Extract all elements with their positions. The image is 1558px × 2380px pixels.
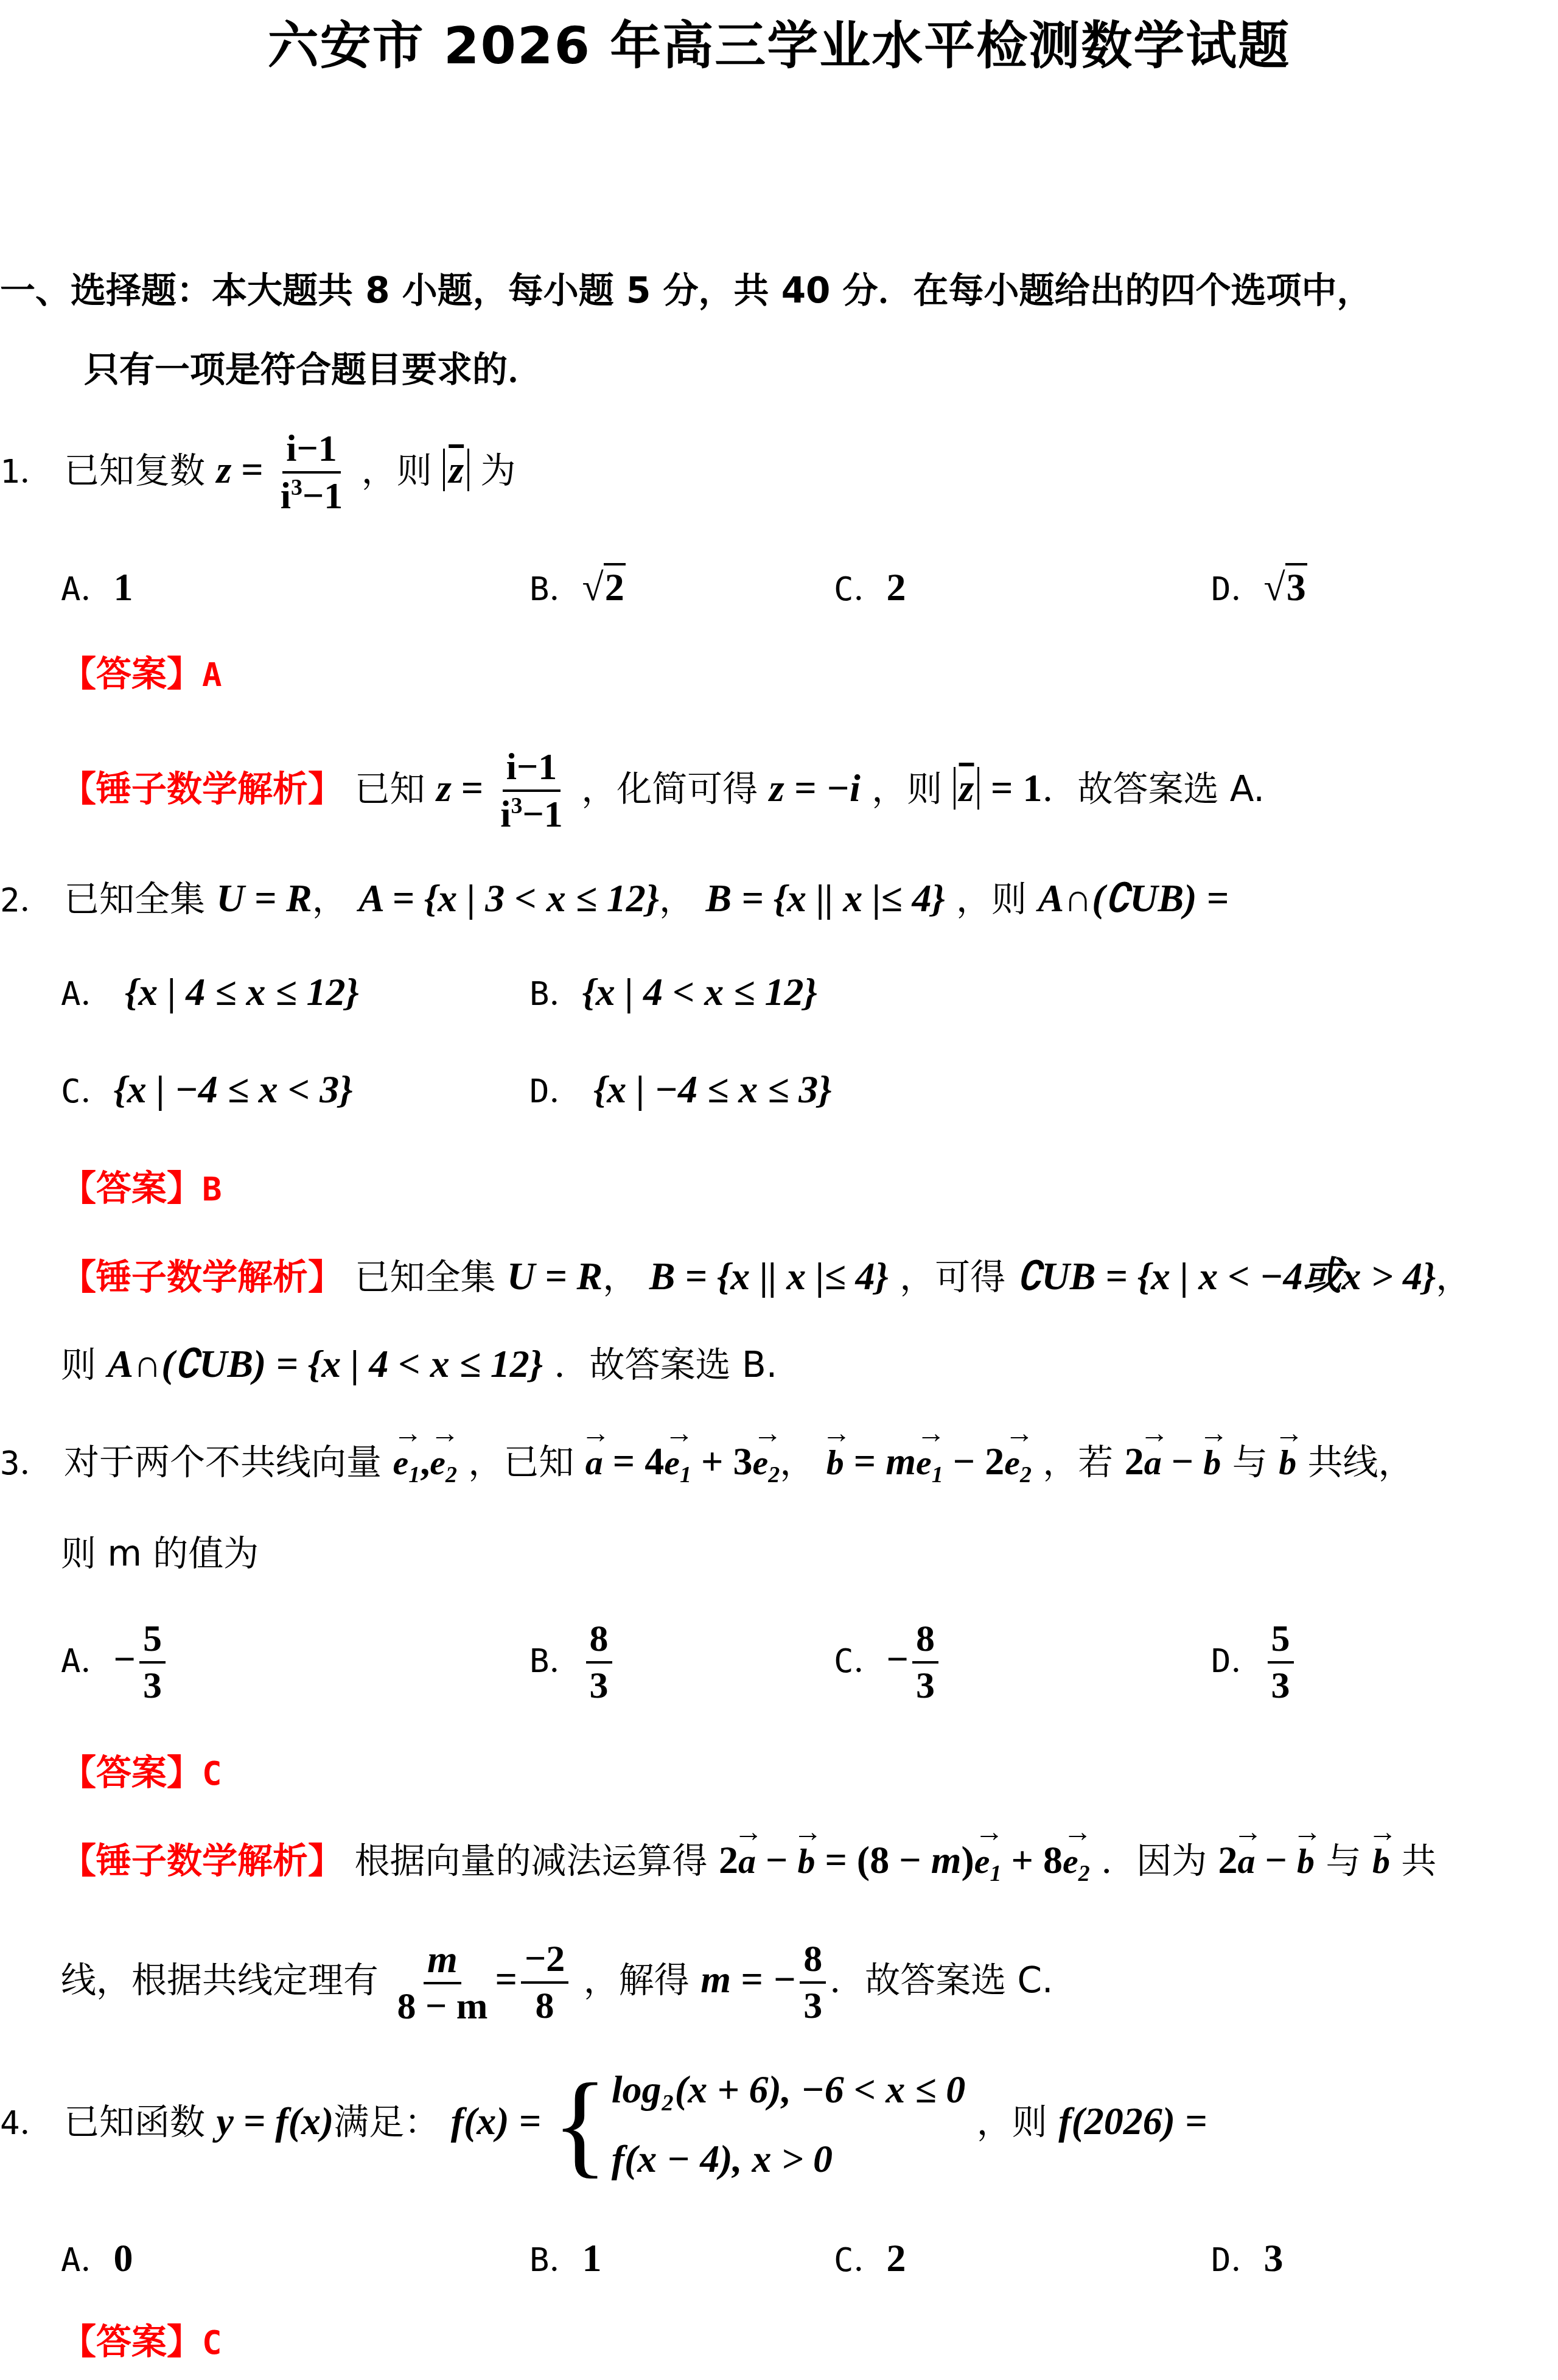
option-q2-d[interactable]: D． {x | −4 ≤ x ≤ 3}	[529, 1065, 832, 1112]
analysis-q2-line2: 则 A∩(∁UB) = {x | 4 < x ≤ 12} ．故答案选 B.	[61, 1336, 777, 1387]
analysis-q3-line2: 线，根据共线定理有 m8 − m=−28 ，解得 m = −83．故答案选 C.	[61, 1939, 1053, 2026]
option-q1-c[interactable]: C．2	[834, 563, 906, 610]
question-1: 1． 已知复数 z = i−1 i3−1 ，则 z 为	[0, 429, 516, 516]
question-number: 3．	[0, 1444, 53, 1482]
option-q2-a[interactable]: A． {x | 4 ≤ x ≤ 12}	[61, 968, 359, 1015]
vector-b: b	[826, 1442, 844, 1483]
question-3-line1: 3． 对于两个不共线向量 e1,e2 ，已知 a = 4e1 + 3e2， b …	[0, 1433, 1414, 1488]
analysis-q2-line1: 【锤子数学解析】 已知全集 U = R， B = {x || x |≤ 4} ，…	[61, 1245, 1471, 1301]
vector-a: a	[585, 1442, 603, 1483]
option-q3-a[interactable]: A．−53	[61, 1619, 169, 1706]
option-q1-a[interactable]: A．1	[61, 563, 133, 610]
analysis-q1: 【锤子数学解析】 已知 z = i−1 i3−1 ，化简可得 z = −i ，则…	[61, 747, 1265, 835]
piecewise-function: { log₂(x + 6), −6 < x ≤ 0 f(x − 4), x > …	[553, 2067, 966, 2182]
section-heading-line2: 只有一项是符合题目要求的．	[84, 341, 543, 392]
question-number: 2．	[0, 881, 53, 919]
math-abs-conjugate: z	[443, 449, 469, 491]
left-brace-icon: {	[553, 2067, 608, 2182]
vector-e1: e1	[393, 1442, 420, 1488]
analysis-label: 【锤子数学解析】	[61, 1840, 343, 1881]
question-stem-text: ，则	[362, 450, 432, 491]
analysis-label: 【锤子数学解析】	[61, 1256, 343, 1298]
vector-e2: e2	[430, 1442, 457, 1488]
math-fraction: i−1 i3−1	[497, 747, 567, 835]
option-q2-c[interactable]: C．{x | −4 ≤ x < 3}	[61, 1065, 353, 1112]
answer-q2: 【答案】B	[61, 1160, 222, 1211]
question-number: 4．	[0, 2104, 53, 2142]
math-intersection-complement: A∩(∁UB) =	[1038, 877, 1229, 920]
option-q3-d[interactable]: D．53	[1211, 1619, 1298, 1706]
question-4: 4． 已知函数 y = f(x)满足： f(x) = { log₂(x + 6)…	[0, 2067, 1207, 2182]
answer-q4: 【答案】C	[61, 2313, 222, 2364]
sqrt-icon: √2	[582, 563, 626, 609]
option-q4-b[interactable]: B．1	[529, 2234, 602, 2281]
option-q4-d[interactable]: D．3	[1211, 2234, 1284, 2281]
answer-q1: 【答案】A	[61, 645, 222, 696]
answer-q3: 【答案】C	[61, 1744, 222, 1795]
option-q3-c[interactable]: C．−83	[834, 1619, 942, 1706]
question-stem-text: 已知复数	[64, 450, 205, 491]
option-q2-b[interactable]: B．{x | 4 < x ≤ 12}	[529, 968, 817, 1015]
sqrt-icon: √3	[1264, 563, 1307, 609]
case-1: log₂(x + 6), −6 < x ≤ 0	[612, 2067, 966, 2112]
question-2: 2． 已知全集 U = R， A = {x | 3 < x ≤ 12}， B =…	[0, 870, 1229, 922]
analysis-q3-line1: 【锤子数学解析】 根据向量的减法运算得 2a − b = (8 − m)e1 +…	[61, 1832, 1436, 1887]
case-2: f(x − 4), x > 0	[612, 2137, 966, 2182]
math-fraction: i−1 i3−1	[277, 429, 347, 516]
section-heading-line1: 一、选择题：本大题共 8 小题，每小题 5 分，共 40 分．在每小题给出的四个…	[0, 262, 1372, 313]
analysis-label: 【锤子数学解析】	[61, 768, 343, 810]
math-abs-conjugate: z	[954, 767, 980, 810]
option-q4-c[interactable]: C．2	[834, 2234, 906, 2281]
page-title: 六安市 2026 年高三学业水平检测数学试题	[0, 5, 1558, 79]
question-number: 1．	[0, 452, 53, 491]
option-q4-a[interactable]: A．0	[61, 2234, 133, 2281]
option-q3-b[interactable]: B．83	[529, 1619, 616, 1706]
option-q1-b[interactable]: B．√2	[529, 563, 626, 610]
math-var-z: z	[216, 448, 231, 491]
question-3-line2: 则 m 的值为	[61, 1525, 259, 1576]
option-q1-d[interactable]: D．√3	[1211, 563, 1307, 610]
question-stem-text: 为	[481, 450, 516, 491]
